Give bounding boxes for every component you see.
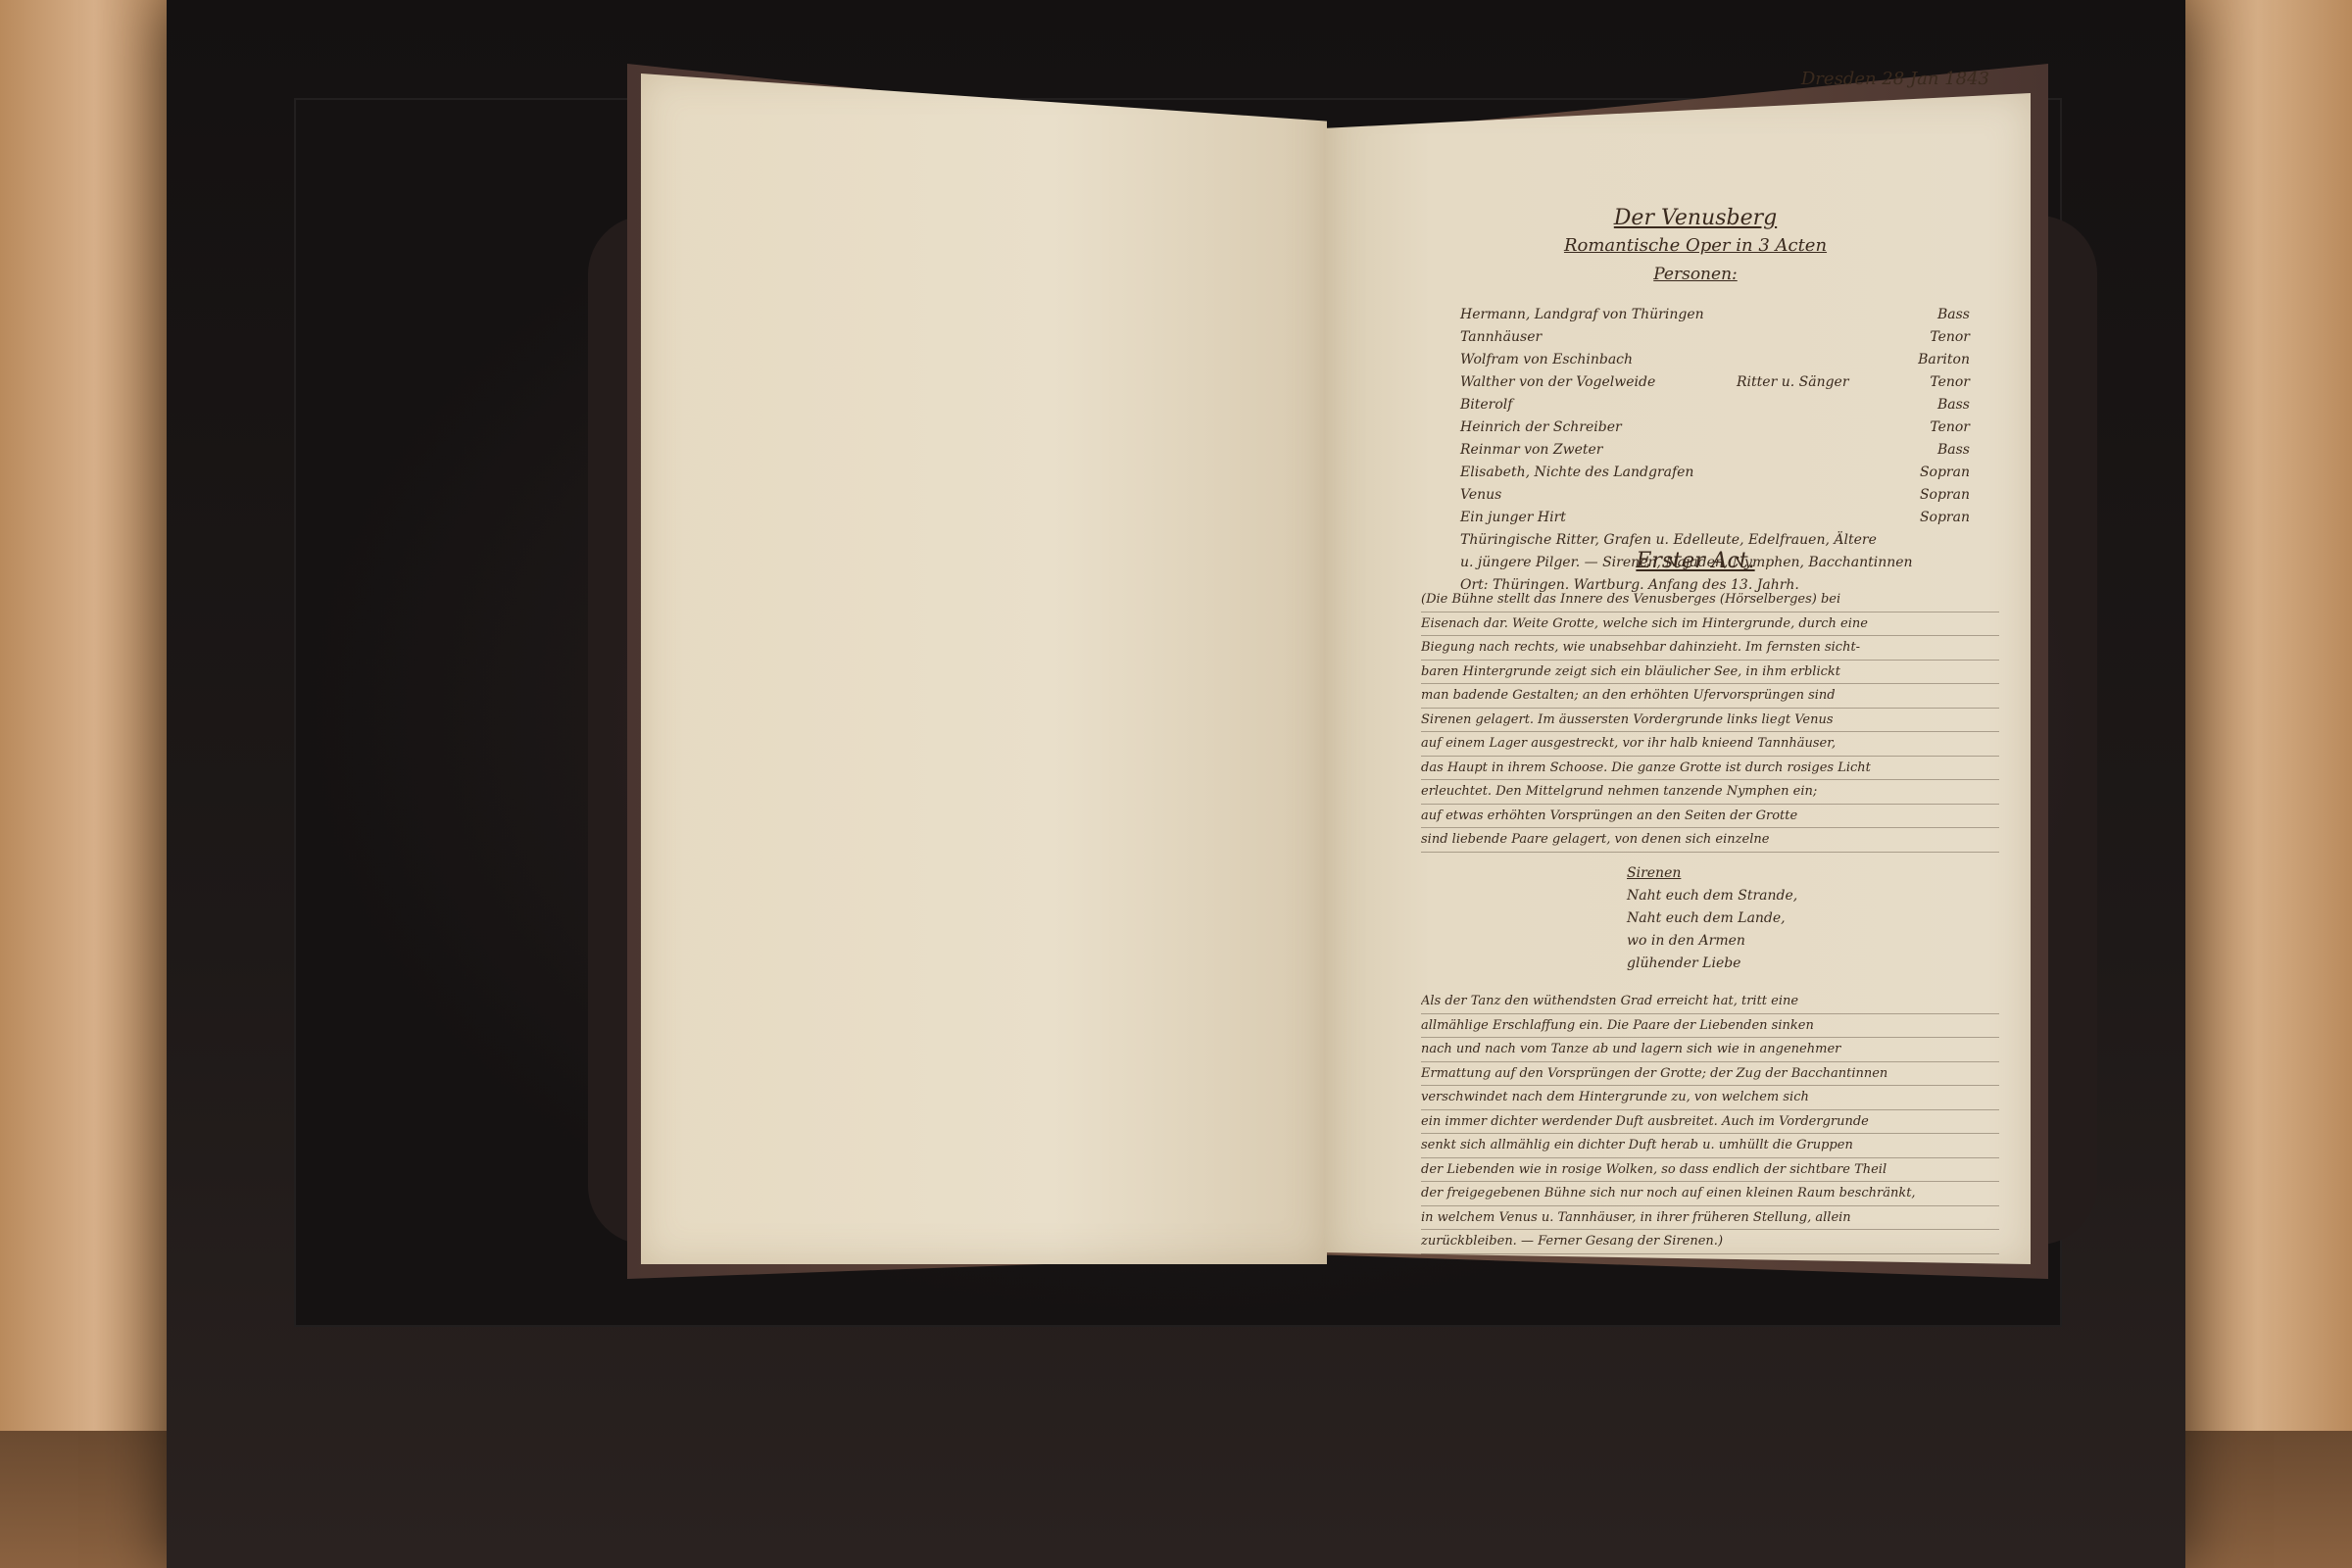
- personen-heading: Personen:: [1372, 265, 2019, 284]
- cast-row: Wolfram von EschinbachBariton: [1460, 349, 1970, 371]
- act-heading: Erster Act.: [1372, 549, 2019, 573]
- cast-row: VenusSopran: [1460, 484, 1970, 507]
- cast-row: Hermann, Landgraf von ThüringenBass: [1460, 304, 1970, 326]
- cast-row: Ein junger HirtSopran: [1460, 507, 1970, 529]
- date-note: Dresden 28 Jan 1843: [1801, 69, 1989, 89]
- cast-row: Walther von der VogelweideRitter u. Säng…: [1460, 371, 1970, 394]
- cast-row: TannhäuserTenor: [1460, 326, 1970, 349]
- cast-row: Heinrich der SchreiberTenor: [1460, 416, 1970, 439]
- cast-row: Reinmar von ZweterBass: [1460, 439, 1970, 462]
- display-case: Dresden 28 Jan 1843 Der Venusberg Romant…: [167, 0, 2185, 1568]
- manuscript-text: Dresden 28 Jan 1843 Der Venusberg Romant…: [1372, 0, 2019, 1205]
- stage-directions: (Die Bühne stellt das Innere des Venusbe…: [1421, 588, 1999, 853]
- cast-row: BiterolfBass: [1460, 394, 1970, 416]
- sirens-song: Sirenen Naht euch dem Strande, Naht euch…: [1627, 862, 1797, 975]
- opera-title: Der Venusberg: [1372, 206, 2019, 230]
- opera-subtitle: Romantische Oper in 3 Acten: [1372, 235, 2019, 256]
- blank-left-page: [641, 73, 1327, 1264]
- cast-row: Elisabeth, Nichte des LandgrafenSopran: [1460, 462, 1970, 484]
- stage-directions-continued: Als der Tanz den wüthendsten Grad erreic…: [1421, 990, 1999, 1254]
